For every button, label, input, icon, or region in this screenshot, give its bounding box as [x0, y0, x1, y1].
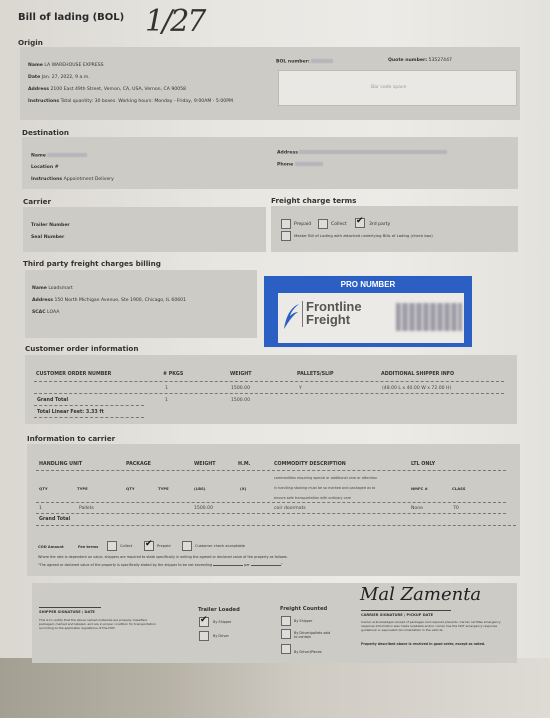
counted-by-shipper-checkbox[interactable]: [281, 616, 291, 626]
col-handling-unit: HANDLING UNIT: [39, 462, 82, 467]
cod-prepaid-checkbox[interactable]: [144, 541, 154, 551]
trailer-by-shipper-label: By Shipper: [213, 620, 231, 624]
trailer-loaded-heading: Trailer Loaded: [198, 607, 240, 613]
row-description: coir doormats: [274, 506, 306, 511]
sub-hm-x: (X): [240, 486, 246, 491]
destination-phone: Phone: [277, 162, 323, 168]
carrier-receipt-statement: Property described above is received in …: [361, 642, 485, 646]
value-note: Where the rate is dependent on value, sh…: [38, 555, 288, 559]
row-nmfc: None: [411, 506, 423, 511]
trailer-by-driver-label: By Driver: [213, 634, 229, 638]
freight-counted-heading: Freight Counted: [280, 606, 327, 612]
prepaid-label: Prepaid: [294, 222, 311, 227]
pro-number-barcode: [396, 303, 462, 331]
carrier-signature-label: CARRIER SIGNATURE / PICKUP DATE: [361, 613, 433, 617]
divider: [36, 513, 506, 514]
bol-number: BOL number:: [276, 59, 333, 65]
seal-number: Seal Number: [31, 235, 64, 240]
third-party-checkbox[interactable]: [355, 218, 365, 228]
order-dimensions: (48.00 L x 40.00 W x 72.00 H): [382, 386, 451, 391]
pro-number-label: PRO NUMBER FrontlineFreight: [263, 275, 473, 348]
linear-feet: Total Linear Feet: 3.33 ft: [37, 410, 104, 415]
carrier-signature-line: [361, 610, 451, 611]
third-party-name: Name Loadsmart: [32, 286, 73, 291]
col-pkgs: # PKGS: [163, 372, 183, 377]
master-bol-label: Master Bill of Lading with attached unde…: [294, 233, 433, 238]
col-order-number: CUSTOMER ORDER NUMBER: [36, 372, 111, 377]
order-grand-total-weight: 1500.00: [231, 398, 250, 403]
freight-terms-heading: Freight charge terms: [271, 196, 356, 205]
customer-check-label: Customer check acceptable: [195, 544, 245, 548]
collect-checkbox[interactable]: [318, 219, 328, 229]
sub-weight-lbs: (LBS): [194, 486, 206, 491]
page-shadow: [0, 658, 550, 718]
frontline-logo-icon: [282, 302, 300, 330]
order-weight: 1500.00: [231, 386, 250, 391]
customer-order-heading: Customer order information: [25, 344, 139, 353]
pro-number-inner: FrontlineFreight: [278, 293, 464, 343]
commodity-note-2: in handling stowing must be so marked an…: [274, 486, 375, 490]
sub-class: CLASS: [452, 486, 465, 491]
barcode-space: Bar code space: [278, 70, 517, 106]
order-pkgs: 1: [165, 386, 168, 391]
counted-by-driver-pieces-label: By Driver/Pieces: [294, 650, 322, 654]
trailer-by-driver-checkbox[interactable]: [199, 631, 209, 641]
divider: [34, 393, 504, 394]
order-grand-total-label: Grand Total: [37, 398, 68, 403]
col-weight: WEIGHT: [194, 462, 216, 467]
destination-heading: Destination: [22, 128, 69, 137]
destination-name: Name: [31, 153, 87, 159]
carrier-certification: Carrier acknowledges receipt of packages…: [361, 621, 506, 632]
row-weight: 1500.00: [194, 506, 213, 511]
sub-pkg-type: TYPE: [158, 486, 169, 491]
sub-pkg-qty: QTY: [126, 486, 135, 491]
divider: [34, 381, 504, 382]
carrier-section: [23, 207, 266, 252]
trailer-number: Trailer Number: [31, 223, 70, 228]
sub-nmfc: NMFC #: [411, 486, 428, 491]
cod-collect-checkbox[interactable]: [107, 541, 117, 551]
divider: [36, 525, 516, 526]
handwritten-date: 1/27: [145, 4, 204, 39]
fee-terms-label: Fee terms: [78, 545, 98, 549]
col-commodity: COMMODITY DESCRIPTION: [274, 462, 346, 467]
cod-amount-label: COD Amount: [38, 545, 64, 549]
order-pallets: Y: [299, 386, 302, 391]
destination-location: Location #: [31, 165, 59, 170]
origin-instructions: Instructions Total quantity: 30 boxes. W…: [28, 99, 258, 105]
counted-by-shipper-label: By Shipper: [294, 619, 312, 623]
counted-by-driver-pieces-checkbox[interactable]: [281, 644, 291, 654]
col-package: PACKAGE: [126, 462, 151, 467]
col-hm: H.M.: [238, 462, 250, 467]
logo-divider: [302, 301, 303, 327]
shipper-signature-line: [39, 607, 101, 608]
divider: [36, 470, 506, 471]
declared-value-note: "The agreed or declared value of the pro…: [38, 563, 282, 567]
carrier-signature: Mal Zamenta: [360, 584, 481, 605]
origin-heading: Origin: [18, 38, 43, 47]
row-hu-type: Pallets: [79, 506, 94, 511]
counted-by-driver-pallets-checkbox[interactable]: [281, 629, 291, 639]
origin-name: Name LA WAREHOUSE EXPRESS: [28, 63, 104, 68]
collect-label: Collect: [331, 222, 347, 227]
divider: [36, 502, 506, 503]
carrier-info-heading: Information to carrier: [27, 434, 115, 443]
col-ltl-only: LTL ONLY: [411, 462, 435, 467]
third-party-address: Address 150 North Michigan Avenue, Ste 1…: [32, 298, 186, 303]
cod-collect-label: Collect: [120, 544, 132, 548]
divider: [34, 417, 144, 418]
third-party-section: [25, 270, 257, 338]
col-weight: WEIGHT: [230, 372, 252, 377]
barcode-placeholder: Bar code space: [371, 85, 406, 90]
third-party-heading: Third party freight charges billing: [23, 259, 161, 268]
carrier-heading: Carrier: [23, 197, 51, 206]
brand-name: FrontlineFreight: [306, 300, 362, 326]
sub-hu-qty: QTY: [39, 486, 48, 491]
freight-terms-section: [271, 206, 518, 252]
divider: [34, 405, 144, 406]
destination-address: Address: [277, 150, 447, 156]
carrier-grand-total-label: Grand Total: [39, 517, 70, 522]
prepaid-checkbox[interactable]: [281, 219, 291, 229]
shipper-certification: This is to certify that the above named …: [39, 618, 157, 630]
shipper-signature-label: SHIPPER SIGNATURE / DATE: [39, 610, 95, 614]
third-party-label: 3rd party: [369, 222, 390, 227]
pro-number-title: PRO NUMBER: [264, 280, 472, 289]
third-party-scac: SCAC LOAA: [32, 310, 59, 315]
customer-check-checkbox[interactable]: [182, 541, 192, 551]
sub-hu-type: TYPE: [77, 486, 88, 491]
origin-date: Date Jan. 27, 2022, 9 a.m.: [28, 75, 90, 80]
quote-number: Quote number: 53527447: [388, 58, 452, 63]
trailer-by-shipper-checkbox[interactable]: [199, 617, 209, 627]
order-grand-total-pkgs: 1: [165, 398, 168, 403]
master-bol-checkbox[interactable]: [281, 231, 291, 241]
cod-prepaid-label: Prepaid: [157, 544, 170, 548]
destination-instructions: Instructions Appointment Delivery: [31, 177, 114, 182]
commodity-note-1: commodities requiring special or additio…: [274, 476, 377, 480]
row-class: 70: [453, 506, 459, 511]
commodity-note-3: ensure safe transportation with ordinary…: [274, 496, 351, 500]
row-hu-qty: 1: [39, 506, 42, 511]
counted-by-driver-pallets-label: By Driver/pallets said to contain: [294, 631, 334, 639]
document-title: Bill of lading (BOL): [18, 12, 124, 23]
col-pallets: PALLETS/SLIP: [297, 372, 333, 377]
origin-address: Address 2100 East 49th Street, Vernon, C…: [28, 87, 186, 92]
col-additional-info: ADDITIONAL SHIPPER INFO: [381, 372, 454, 377]
